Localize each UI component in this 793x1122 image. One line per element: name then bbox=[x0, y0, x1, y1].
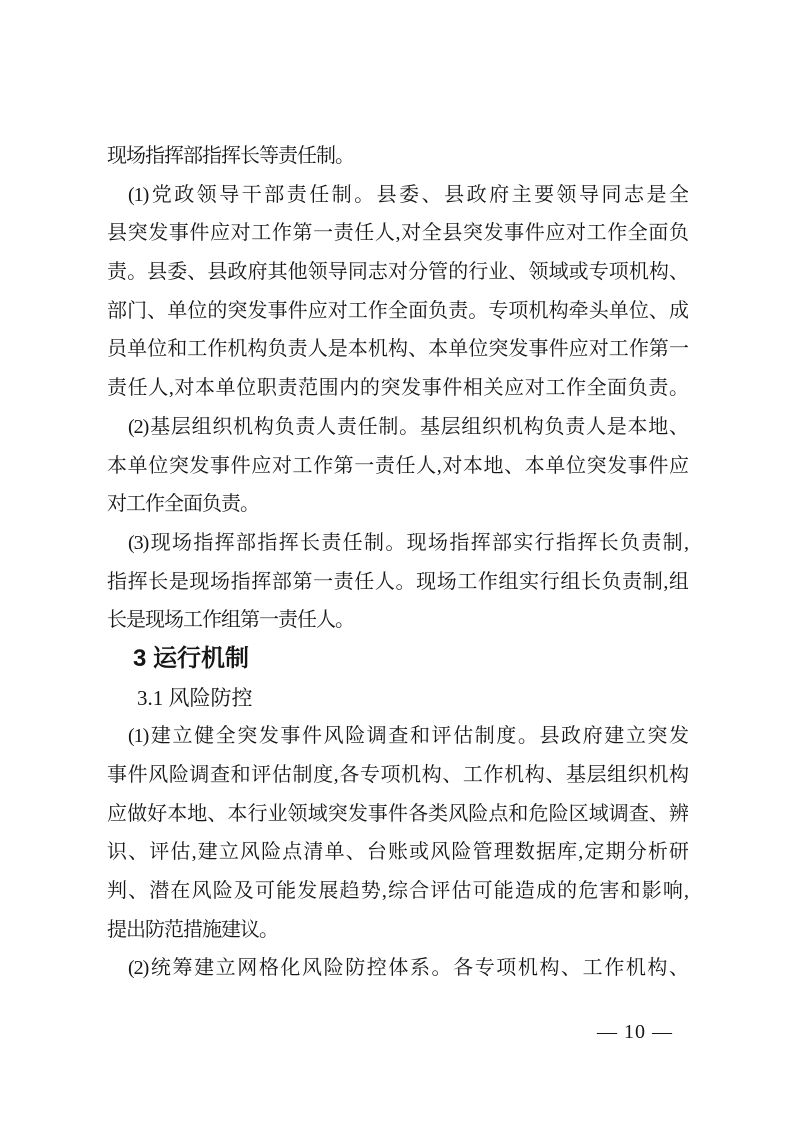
text-line: 员单位和工作机构负责人是本机构、本单位突发事件应对工作第一 bbox=[107, 330, 688, 369]
paragraph-start: (2)统筹建立网格化风险防控体系。各专项机构、工作机构、 bbox=[107, 949, 688, 988]
page-number: — 10 — bbox=[597, 1021, 673, 1044]
text-line: 指挥长是现场指挥部第一责任人。现场工作组实行组长负责制,组 bbox=[107, 563, 688, 602]
text-line: 责。县委、县政府其他领导同志对分管的行业、领域或专项机构、 bbox=[107, 253, 688, 292]
text-line: 提出防范措施建议。 bbox=[107, 911, 688, 950]
text-line: 应做好本地、本行业领域突发事件各类风险点和危险区域调查、辨 bbox=[107, 795, 688, 834]
text-line: 本单位突发事件应对工作第一责任人,对本地、本单位突发事件应 bbox=[107, 447, 688, 486]
text-line: 事件风险调查和评估制度,各专项机构、工作机构、基层组织机构 bbox=[107, 756, 688, 795]
text-line: 长是现场工作组第一责任人。 bbox=[107, 601, 688, 640]
paragraph-start: (3)现场指挥部指挥长责任制。现场指挥部实行指挥长负责制, bbox=[107, 524, 688, 563]
text-line: 判、潜在风险及可能发展趋势,综合评估可能造成的危害和影响, bbox=[107, 872, 688, 911]
subsection-heading: 3.1 风险防控 bbox=[107, 679, 688, 718]
text-line: 县突发事件应对工作第一责任人,对全县突发事件应对工作全面负 bbox=[107, 214, 688, 253]
document-body: 现场指挥部指挥长等责任制。 (1)党政领导干部责任制。县委、县政府主要领导同志是… bbox=[107, 137, 688, 988]
paragraph-start: (2)基层组织机构负责人责任制。基层组织机构负责人是本地、 bbox=[107, 408, 688, 447]
text-line: 部门、单位的突发事件应对工作全面负责。专项机构牵头单位、成 bbox=[107, 292, 688, 331]
paragraph-start: (1)党政领导干部责任制。县委、县政府主要领导同志是全 bbox=[107, 176, 688, 215]
text-line: 现场指挥部指挥长等责任制。 bbox=[107, 137, 688, 176]
paragraph-start: (1)建立健全突发事件风险调查和评估制度。县政府建立突发 bbox=[107, 717, 688, 756]
text-line: 责任人,对本单位职责范围内的突发事件相关应对工作全面负责。 bbox=[107, 369, 688, 408]
section-heading: 3 运行机制 bbox=[107, 640, 688, 679]
text-line: 识、评估,建立风险点清单、台账或风险管理数据库,定期分析研 bbox=[107, 833, 688, 872]
text-line: 对工作全面负责。 bbox=[107, 485, 688, 524]
document-page: 现场指挥部指挥长等责任制。 (1)党政领导干部责任制。县委、县政府主要领导同志是… bbox=[0, 0, 793, 1122]
